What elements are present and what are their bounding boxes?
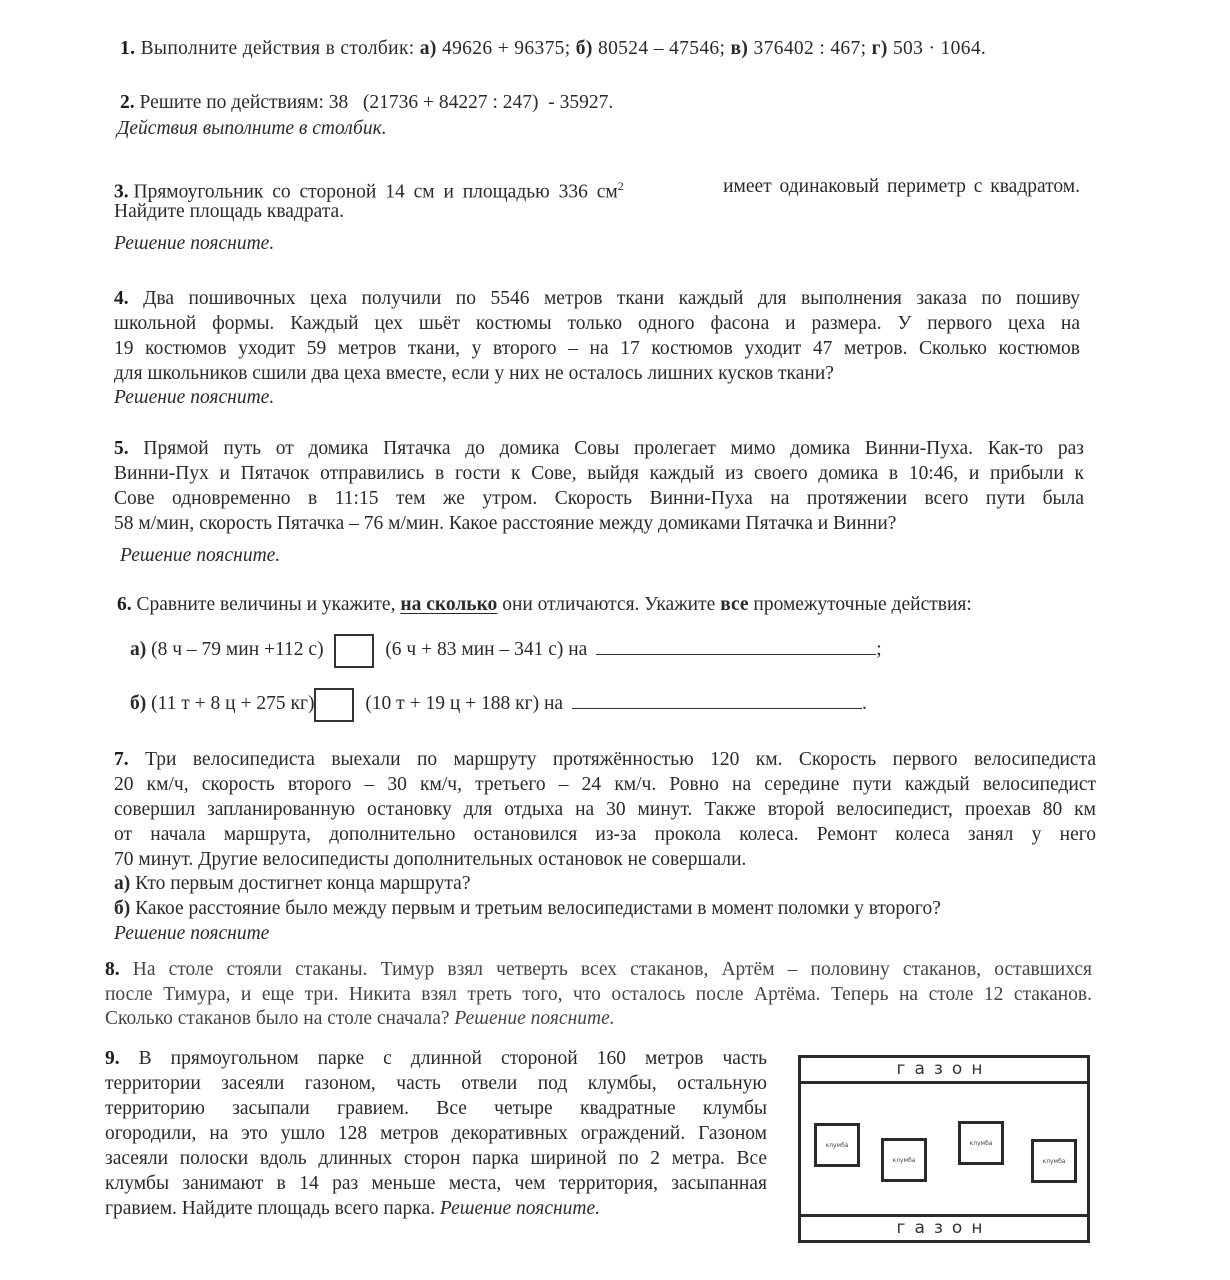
- item-label: а): [420, 38, 437, 59]
- task-line: гравием. Найдите площадь всего парка.: [105, 1198, 435, 1219]
- comparison-sign-box[interactable]: [314, 688, 354, 722]
- task-note: Решение поясните.: [440, 1198, 600, 1219]
- compare-row-a: а) (8 ч – 79 мин +112 с) (6 ч + 83 мин –…: [130, 632, 882, 668]
- task-number: 2.: [120, 92, 135, 113]
- left-expr: (8 ч – 79 мин +112 с): [151, 639, 323, 660]
- emphasis-underlined: на сколько: [400, 594, 497, 615]
- task-line: территорию засыпали гравием. Все четыре …: [105, 1096, 767, 1121]
- task-line: совершил запланированную остановку для о…: [114, 797, 1096, 822]
- task-number: 7.: [114, 749, 129, 770]
- task-2: 2. Решите по действиям: 38 (21736 + 8422…: [120, 90, 613, 115]
- task-text: промежуточные действия:: [753, 594, 971, 615]
- task-note: Решение поясните.: [454, 1008, 614, 1029]
- task-line: Найдите площадь квадрата.: [114, 199, 344, 224]
- task-line: Сове одновременно в 11:15 тем же утром. …: [114, 486, 1084, 511]
- item-label: в): [731, 38, 749, 59]
- task-note: Решение поясните: [114, 921, 269, 946]
- task-number: 9.: [105, 1048, 120, 1069]
- emphasis-bold: все: [720, 594, 748, 615]
- right-expr: (10 т + 19 ц + 188 кг) на: [365, 693, 563, 714]
- item-expr: 503 · 1064.: [893, 38, 986, 59]
- lawn-strip-top: газон: [801, 1058, 1087, 1084]
- task-1: 1. Выполните действия в столбик: а) 4962…: [120, 36, 986, 61]
- task-line: огородили, на это ушло 128 метров декора…: [105, 1121, 767, 1146]
- question-text: Какое расстояние было между первым и тре…: [135, 898, 941, 919]
- task-4-line-1: 4. Два пошивочных цеха получили по 5546 …: [114, 286, 1080, 311]
- task-line: В прямоугольном парке с длинной стороной…: [139, 1048, 767, 1069]
- task-note: Решение поясните.: [114, 231, 274, 256]
- task-line: Три велосипедиста выехали по маршруту пр…: [145, 749, 1096, 770]
- task-9-line-7: гравием. Найдите площадь всего парка. Ре…: [105, 1196, 600, 1221]
- task-note: Решение поясните.: [120, 543, 280, 568]
- task-line: Винни-Пух и Пятачок отправились в гости …: [114, 461, 1084, 486]
- item-expr: 376402 : 467;: [754, 38, 867, 59]
- question-a: а) Кто первым достигнет конца маршрута?: [114, 871, 470, 896]
- task-line: после Тимура, и еще три. Никита взял тре…: [105, 982, 1092, 1007]
- item-expr: 80524 – 47546;: [598, 38, 725, 59]
- superscript: 2: [618, 179, 624, 193]
- task-number: 8.: [105, 959, 120, 980]
- comparison-sign-box[interactable]: [334, 634, 374, 668]
- task-line: Два пошивочных цеха получили по 5546 мет…: [143, 288, 1080, 309]
- question-label: а): [114, 873, 130, 894]
- task-line: для школьников сшили два цеха вместе, ес…: [114, 361, 834, 386]
- punctuation: .: [862, 693, 867, 714]
- task-7-line-1: 7. Три велосипедиста выехали по маршруту…: [114, 747, 1096, 772]
- question-label: б): [114, 898, 130, 919]
- task-line: территории засеяли газоном, часть отвели…: [105, 1071, 767, 1096]
- flowerbed: клумба: [1031, 1139, 1077, 1183]
- flowerbed: клумба: [958, 1121, 1004, 1165]
- left-expr: (11 т + 8 ц + 275 кг): [151, 693, 314, 714]
- task-6: 6. Сравните величины и укажите, на сколь…: [117, 592, 972, 617]
- task-line: Сколько стаканов было на столе сначала?: [105, 1008, 450, 1029]
- question-b: б) Какое расстояние было между первым и …: [114, 896, 941, 921]
- task-number: 4.: [114, 288, 129, 309]
- task-note: Решение поясните.: [114, 385, 274, 410]
- task-line: школьной формы. Каждый цех шьёт костюмы …: [114, 311, 1080, 336]
- task-line: имеет одинаковый периметр с квадратом.: [723, 174, 1080, 205]
- task-8-line-1: 8. На столе стояли стаканы. Тимур взял ч…: [105, 957, 1092, 982]
- right-expr: (6 ч + 83 мин – 341 с) на: [385, 639, 587, 660]
- answer-blank[interactable]: [596, 636, 876, 655]
- item-label: а): [130, 639, 146, 660]
- flowerbed: клумба: [814, 1123, 860, 1167]
- task-text: Решите по действиям: 38 (21736 + 84227 :…: [140, 92, 614, 113]
- flowerbed: клумба: [881, 1138, 927, 1182]
- task-number: 5.: [114, 438, 129, 459]
- task-line: 19 костюмов уходит 59 метров ткани, у вт…: [114, 336, 1080, 361]
- task-line: от начала маршрута, дополнительно остано…: [114, 822, 1096, 847]
- task-9-line-1: 9. В прямоугольном парке с длинной сторо…: [105, 1046, 767, 1071]
- lawn-strip-bottom: газон: [801, 1214, 1087, 1240]
- park-diagram: газон клумба клумба клумба клумба газон: [798, 1055, 1090, 1243]
- item-expr: 49626 + 96375;: [442, 38, 571, 59]
- item-label: г): [872, 38, 888, 59]
- task-line: 20 км/ч, скорость второго – 30 км/ч, тре…: [114, 772, 1096, 797]
- task-text: они отличаются. Укажите: [502, 594, 715, 615]
- task-8-line-3: Сколько стаканов было на столе сначала? …: [105, 1006, 615, 1031]
- question-text: Кто первым достигнет конца маршрута?: [135, 873, 470, 894]
- task-line: клумбы занимают в 14 раз меньше места, ч…: [105, 1171, 767, 1196]
- answer-blank[interactable]: [572, 690, 862, 709]
- punctuation: ;: [876, 639, 881, 660]
- task-5-line-1: 5. Прямой путь от домика Пятачка до доми…: [114, 436, 1084, 461]
- compare-row-b: б) (11 т + 8 ц + 275 кг) (10 т + 19 ц + …: [130, 686, 867, 722]
- item-label: б): [130, 693, 146, 714]
- task-line: 70 минут. Другие велосипедисты дополните…: [114, 847, 746, 872]
- task-number: 6.: [117, 594, 132, 615]
- task-line: засеяли полоски вдоль длинных сторон пар…: [105, 1146, 767, 1171]
- task-line: На столе стояли стаканы. Тимур взял четв…: [133, 959, 1092, 980]
- task-note: Действия выполните в столбик.: [117, 116, 387, 141]
- task-text: Выполните действия в столбик:: [141, 38, 415, 59]
- item-label: б): [576, 38, 593, 59]
- task-line: 58 м/мин, скорость Пятачка – 76 м/мин. К…: [114, 511, 896, 536]
- task-number: 1.: [120, 38, 135, 59]
- task-line: Прямой путь от домика Пятачка до домика …: [143, 438, 1084, 459]
- task-text: Сравните величины и укажите,: [137, 594, 396, 615]
